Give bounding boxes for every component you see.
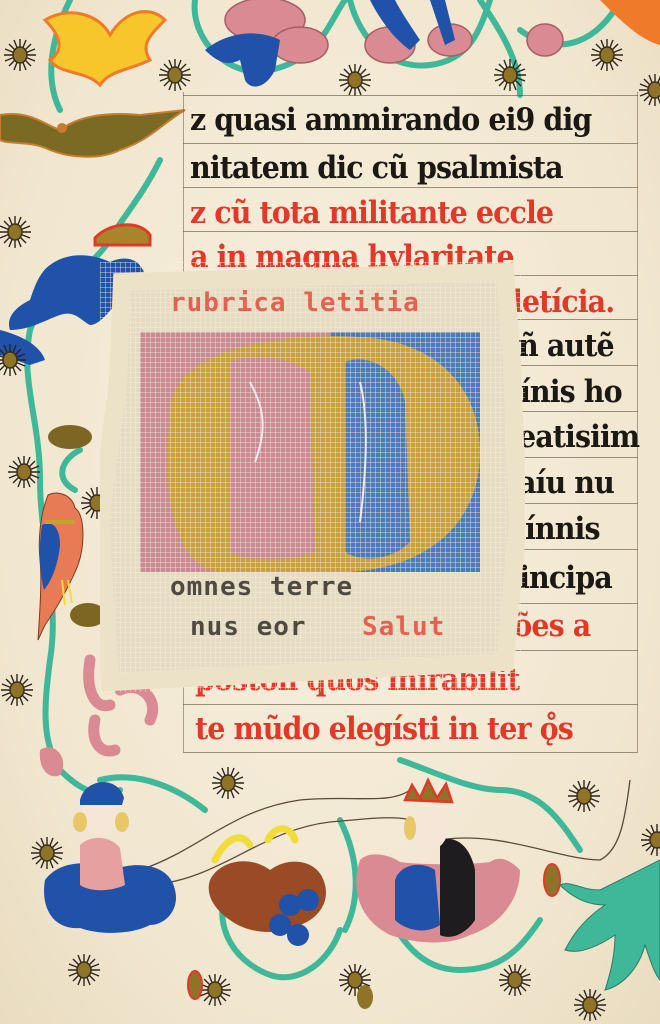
gauze-black-text: nus eor	[190, 612, 307, 642]
manuscript-page: z quasi ammirando ei9 dig nitatem dic cũ…	[0, 0, 660, 1024]
text-line: te mũdo elegísti in ter ǫ̊s	[195, 709, 609, 749]
brown-leaf	[48, 425, 92, 449]
orange-flower	[45, 12, 165, 85]
initial-letter-d	[100, 262, 525, 692]
text-line: rincipa	[505, 558, 660, 598]
ruling-line	[183, 95, 638, 96]
red-cap	[95, 225, 150, 245]
text-line: aíu nu	[518, 463, 660, 503]
text-line: letícia.	[512, 282, 660, 322]
ruling-line	[183, 704, 638, 705]
gold-bird	[0, 110, 185, 157]
ruling-line	[183, 752, 638, 753]
gauze-red-text: rubrica letitia	[170, 288, 420, 318]
praying-figure	[44, 782, 176, 933]
text-line: ínnis	[525, 509, 660, 549]
crowned-figure	[356, 780, 520, 943]
text-line: ínis ho	[520, 372, 660, 412]
text-line: eatisiim	[518, 417, 660, 457]
text-line: z quasi ammirando ei9 dig	[190, 100, 604, 140]
gold-pod	[357, 985, 373, 1009]
text-line: ñ autẽ	[518, 326, 660, 366]
ruling-line	[183, 143, 638, 144]
gauze-covered-initial: rubrica letitia omnes terre nus eor Salu…	[100, 262, 525, 692]
gauze-black-text: omnes terre	[170, 572, 353, 602]
gauze-red-text: Salut	[362, 612, 445, 642]
text-line: nitatem dic cũ psalmista	[190, 148, 604, 188]
green-acanthus	[560, 860, 660, 990]
gold-pod	[544, 864, 560, 896]
gold-pod	[188, 971, 202, 999]
pink-bud	[40, 747, 63, 776]
text-line: z cũ tota militante eccle	[190, 193, 604, 233]
